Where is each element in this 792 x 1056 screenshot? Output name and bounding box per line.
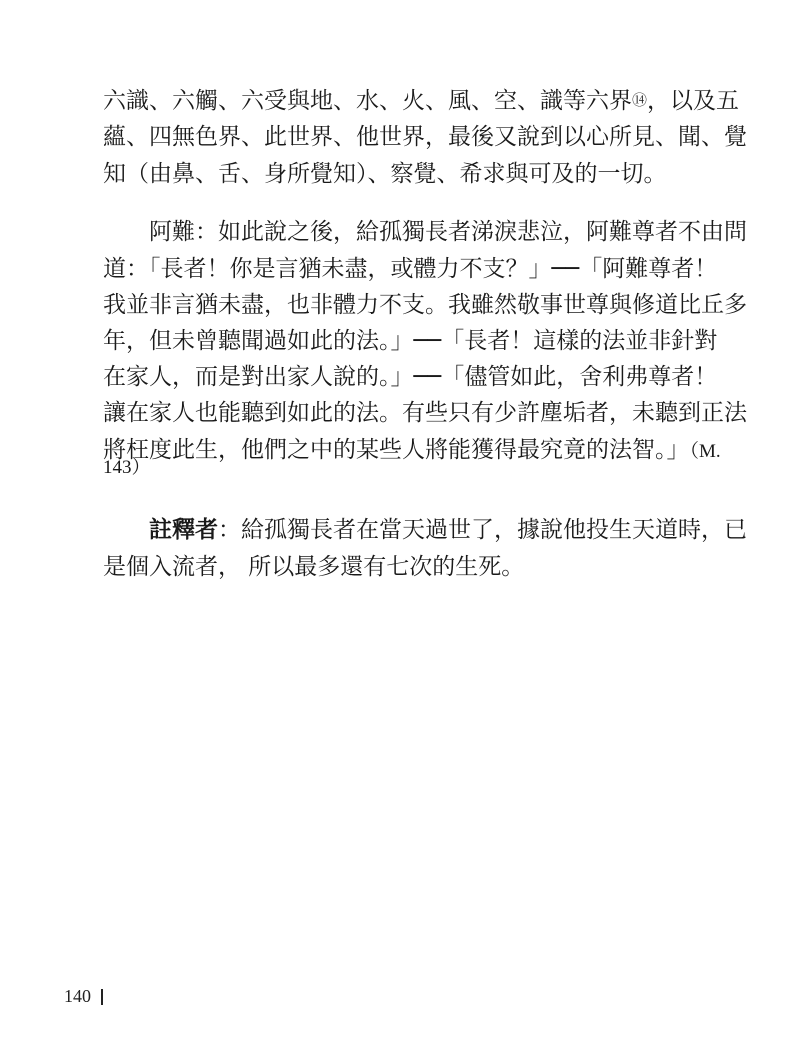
paragraph-3-line-2: 是個入流者， 所以最多還有七次的生死。: [103, 554, 717, 580]
text-span: ，以及五: [647, 88, 739, 114]
paragraph-2-line-4: 年，但未曾聽聞過如此的法。」──「長者！這樣的法並非針對: [103, 328, 717, 354]
paragraph-3-line-1: 註釋者：給孤獨長者在當天過世了，據說他投生天道時，已: [103, 517, 717, 543]
footnote-marker[interactable]: ⑭: [632, 91, 647, 109]
page-number: 140: [64, 986, 91, 1007]
paragraph-1-line-3: 知（由鼻、舌、身所覺知）、察覺、希求與可及的一切。: [103, 161, 717, 187]
paragraph-2-line-3: 我並非言猶未盡，也非體力不支。我雖然敬事世尊與修道比丘多: [103, 292, 717, 318]
footer-divider: [101, 989, 103, 1005]
paragraph-2-line-8: 143）: [103, 453, 717, 479]
paragraph-2-line-1: 阿難：如此說之後，給孤獨長者涕淚悲泣，阿難尊者不由問: [103, 219, 717, 245]
speaker-label: 註釋者: [149, 516, 218, 543]
paragraph-2-line-2: 道：「長者！你是言猶未盡，或體力不支？」──「阿難尊者！: [103, 256, 717, 282]
page-footer: 140: [64, 986, 103, 1007]
paragraph-1-line-2: 蘊、四無色界、此世界、他世界，最後又說到以心所見、聞、覺: [103, 124, 717, 150]
paragraph-2-line-5: 在家人，而是對出家人說的。」──「儘管如此，舍利弗尊者！: [103, 364, 717, 390]
text-span: ：給孤獨長者在當天過世了，據說他投生天道時，已: [218, 517, 747, 543]
paragraph-2-line-6: 讓在家人也能聽到如此的法。有些只有少許塵垢者，未聽到正法: [103, 400, 717, 426]
text-span: 六識、六觸、六受與地、水、火、風、空、識等六界: [103, 88, 632, 114]
citation-end: 143）: [103, 457, 151, 478]
paragraph-1-line-1: 六識、六觸、六受與地、水、火、風、空、識等六界⑭，以及五: [103, 87, 717, 113]
